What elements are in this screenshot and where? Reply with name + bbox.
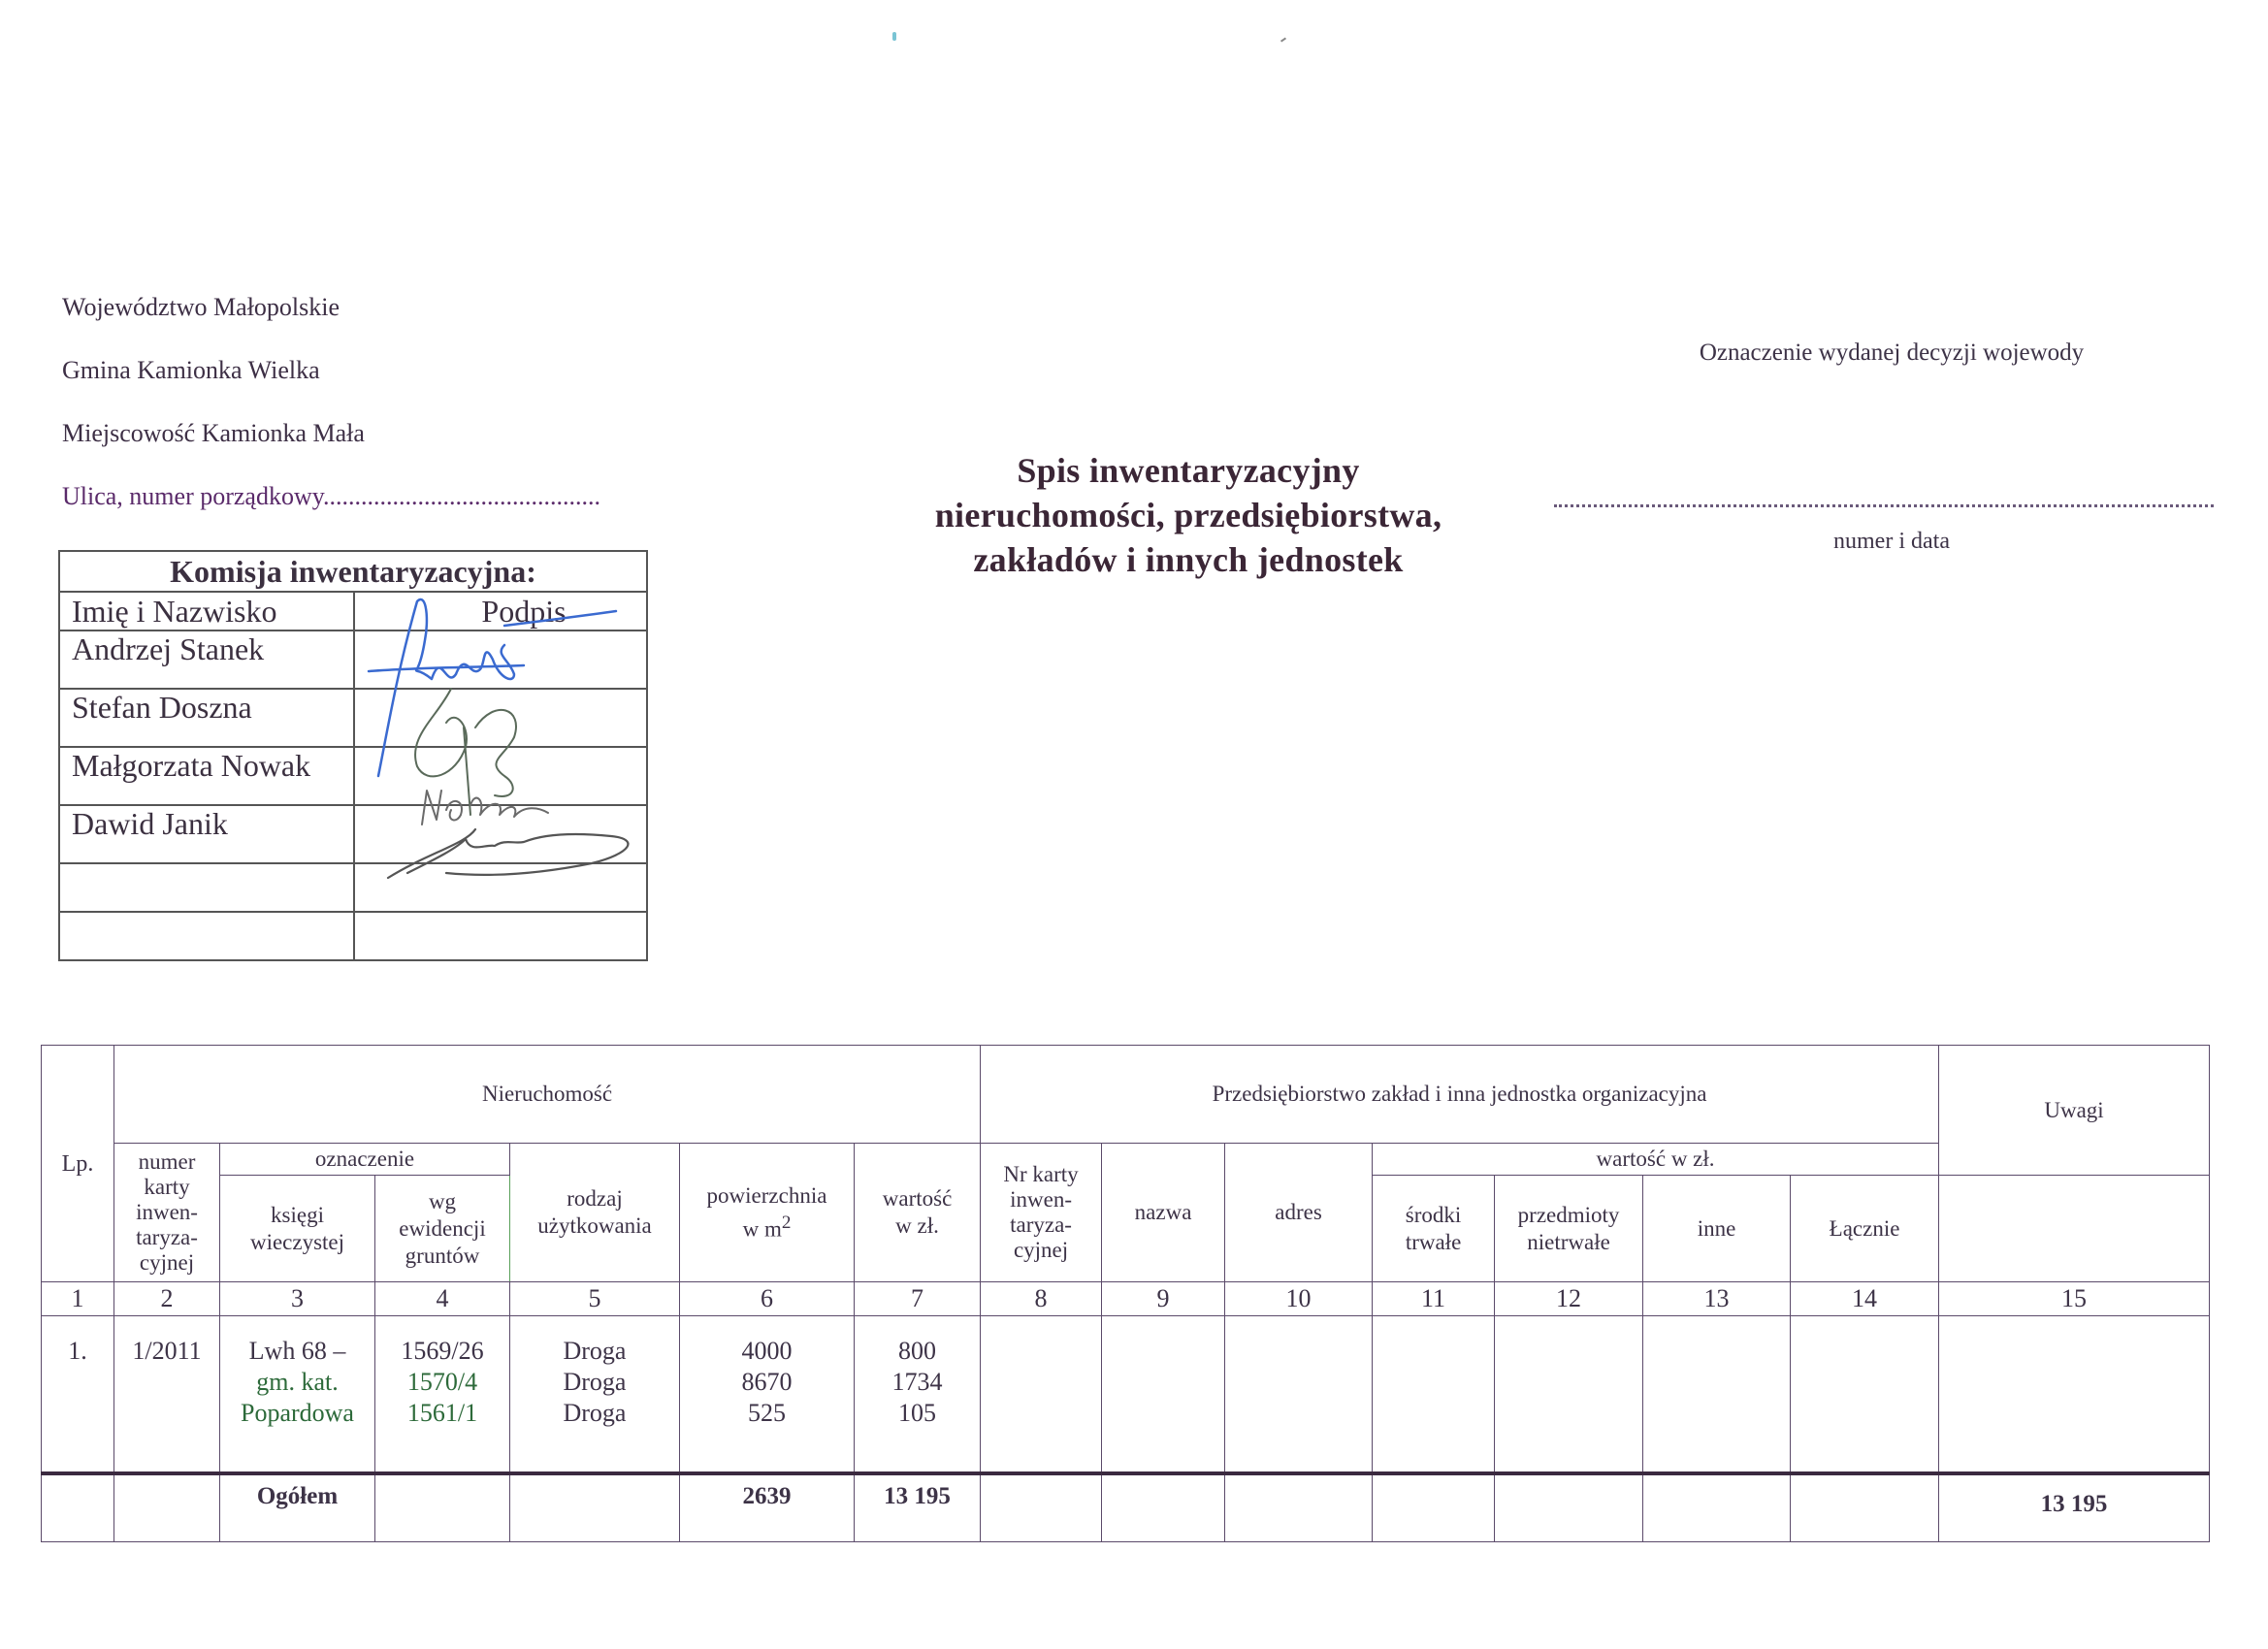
header-powierzchnia: powierzchnia w m2 [680, 1144, 855, 1282]
member-name: Małgorzata Nowak [59, 747, 354, 805]
cell-line: 1569/26 [375, 1336, 509, 1367]
header-text: taryza- [981, 1212, 1101, 1238]
gmina-label: Gmina Kamionka Wielka [62, 356, 320, 385]
document-title: Spis inwentaryzacyjny nieruchomości, prz… [854, 448, 1523, 582]
total-cell-empty [114, 1473, 220, 1542]
total-cell-empty [1225, 1473, 1373, 1542]
cell-line: 105 [855, 1398, 980, 1429]
header-text: karty [114, 1175, 219, 1200]
header-lp: Lp. [42, 1046, 114, 1282]
header-text: wartość [855, 1185, 980, 1212]
signature-janik-icon [388, 829, 628, 878]
header-nr-karty-przeds: Nr karty inwen- taryza- cyjnej [981, 1144, 1102, 1282]
header-text: taryza- [114, 1225, 219, 1250]
member-name [59, 863, 354, 912]
title-line-1: Spis inwentaryzacyjny [854, 448, 1523, 493]
column-number: 7 [855, 1282, 981, 1316]
decision-caption: numer i data [1649, 529, 2134, 555]
cell-powierzchnia: 4000 8670 525 [680, 1316, 855, 1474]
cell-adres [1225, 1316, 1373, 1474]
header-text: inwen- [114, 1200, 219, 1225]
header-text: w m2 [680, 1210, 854, 1244]
cell-ewidencja: 1569/26 1570/4 1561/1 [375, 1316, 510, 1474]
cell-line: 4000 [680, 1336, 854, 1367]
cell-line: 1734 [855, 1367, 980, 1398]
header-text: księgi [220, 1202, 374, 1229]
header-text: wieczystej [220, 1229, 374, 1256]
total-cell-empty [1495, 1473, 1643, 1542]
decision-dotted-line [1554, 504, 2214, 507]
table-row: 1. 1/2011 Lwh 68 – gm. kat. Popardowa 15… [42, 1316, 2210, 1474]
column-number: 1 [42, 1282, 114, 1316]
column-number-row: 1 2 3 4 5 6 7 8 9 10 11 12 13 14 15 [42, 1282, 2210, 1316]
header-text: Nr karty [981, 1162, 1101, 1187]
header-unit-sup: 2 [782, 1212, 792, 1233]
cell-line: 800 [855, 1336, 980, 1367]
column-number: 15 [1939, 1282, 2210, 1316]
header-text: rodzaj [510, 1185, 679, 1212]
column-number: 10 [1225, 1282, 1373, 1316]
header-adres: adres [1225, 1144, 1373, 1282]
header-ewidencja: wg ewidencji gruntów [375, 1176, 510, 1282]
signature-stanek-icon [369, 599, 616, 776]
cell-line: gm. kat. [220, 1367, 374, 1398]
header-oznaczenie: oznaczenie [220, 1144, 510, 1176]
header-uwagi-blank [1939, 1176, 2210, 1282]
column-number: 5 [510, 1282, 680, 1316]
header-wartosc: wartość w zł. [855, 1144, 981, 1282]
column-number: 13 [1643, 1282, 1791, 1316]
cell-srodki-trwale [1373, 1316, 1495, 1474]
header-text: ewidencji [375, 1215, 509, 1243]
scan-mark-icon [892, 32, 896, 41]
header-unit: w m [743, 1216, 782, 1241]
total-uwagi: 13 195 [1939, 1473, 2210, 1542]
cell-line: Droga [510, 1398, 679, 1429]
total-cell-empty [981, 1473, 1102, 1542]
member-name [59, 912, 354, 960]
column-number: 14 [1791, 1282, 1939, 1316]
cell-lp: 1. [42, 1316, 114, 1474]
member-name: Stefan Doszna [59, 689, 354, 747]
header-text: cyjnej [114, 1250, 219, 1276]
inventory-table: Lp. Nieruchomość Przedsiębiorstwo zakład… [41, 1045, 2210, 1542]
column-number: 4 [375, 1282, 510, 1316]
cell-line: Droga [510, 1336, 679, 1367]
header-text: przedmioty [1495, 1202, 1642, 1229]
total-cell-empty [1373, 1473, 1495, 1542]
header-numer-karty: numer karty inwen- taryza- cyjnej [114, 1144, 220, 1282]
header-text: inwen- [981, 1187, 1101, 1212]
scan-mark-icon [1280, 37, 1286, 42]
cell-uwagi [1939, 1316, 2210, 1474]
cell-nr-karty-przeds [981, 1316, 1102, 1474]
total-cell-empty [1643, 1473, 1791, 1542]
header-text: gruntów [375, 1243, 509, 1270]
header-nieruchomosc: Nieruchomość [114, 1046, 981, 1144]
cell-przedmioty-nietrwale [1495, 1316, 1643, 1474]
header-text: wg [375, 1188, 509, 1215]
cell-nazwa [1102, 1316, 1225, 1474]
column-number: 3 [220, 1282, 375, 1316]
header-text: środki [1373, 1202, 1494, 1229]
header-wartosc-w-zl: wartość w zł. [1373, 1144, 1939, 1176]
title-line-3: zakładów i innych jednostek [854, 537, 1523, 582]
column-number: 8 [981, 1282, 1102, 1316]
handwritten-signatures [349, 582, 660, 883]
header-text: trwałe [1373, 1229, 1494, 1256]
header-lacznie: Łącznie [1791, 1176, 1939, 1282]
header-text: cyjnej [981, 1238, 1101, 1263]
header-ksiegi: księgi wieczystej [220, 1176, 375, 1282]
column-number: 12 [1495, 1282, 1643, 1316]
cell-lacznie [1791, 1316, 1939, 1474]
header-text: użytkowania [510, 1212, 679, 1240]
column-number: 6 [680, 1282, 855, 1316]
commission-col-name: Imię i Nazwisko [59, 592, 354, 630]
cell-line: 8670 [680, 1367, 854, 1398]
signature-cell [354, 912, 647, 960]
total-wartosc: 13 195 [855, 1473, 981, 1542]
cell-line: Popardowa [220, 1398, 374, 1429]
member-name: Dawid Janik [59, 805, 354, 863]
header-srodki-trwale: środki trwałe [1373, 1176, 1495, 1282]
header-rodzaj: rodzaj użytkowania [510, 1144, 680, 1282]
cell-line: 525 [680, 1398, 854, 1429]
total-row: Ogółem 2639 13 195 13 195 [42, 1473, 2210, 1542]
header-nazwa: nazwa [1102, 1144, 1225, 1282]
total-cell-empty [1791, 1473, 1939, 1542]
wojewodztwo-label: Województwo Małopolskie [62, 293, 340, 322]
cell-rodzaj: Droga Droga Droga [510, 1316, 680, 1474]
signature-nowak-icon [422, 791, 548, 824]
cell-ksiega-wieczysta: Lwh 68 – gm. kat. Popardowa [220, 1316, 375, 1474]
decision-label: Oznaczenie wydanej decyzji wojewody [1649, 339, 2134, 367]
header-text: nietrwałe [1495, 1229, 1642, 1256]
cell-line: Droga [510, 1367, 679, 1398]
title-line-2: nieruchomości, przedsiębiorstwa, [854, 493, 1523, 537]
total-cell-empty [42, 1473, 114, 1542]
cell-line: Lwh 68 – [220, 1336, 374, 1367]
header-text: w zł. [855, 1212, 980, 1240]
total-powierzchnia: 2639 [680, 1473, 855, 1542]
column-number: 2 [114, 1282, 220, 1316]
miejscowosc-label: Miejscowość Kamionka Mała [62, 419, 365, 448]
total-label: Ogółem [220, 1473, 375, 1542]
header-przedsiebiorstwo: Przedsiębiorstwo zakład i inna jednostka… [981, 1046, 1939, 1144]
commission-empty-row [59, 912, 647, 960]
cell-nr-karty: 1/2011 [114, 1316, 220, 1474]
cell-wartosc: 800 1734 105 [855, 1316, 981, 1474]
header-inne: inne [1643, 1176, 1791, 1282]
ulica-field: Ulica, numer porządkowy.................… [62, 482, 600, 511]
total-cell-empty [510, 1473, 680, 1542]
member-name: Andrzej Stanek [59, 630, 354, 689]
column-number: 9 [1102, 1282, 1225, 1316]
header-uwagi: Uwagi [1939, 1046, 2210, 1176]
cell-inne [1643, 1316, 1791, 1474]
header-text: powierzchnia [680, 1182, 854, 1210]
signature-doszna-icon [415, 689, 516, 815]
cell-line: 1570/4 [375, 1367, 509, 1398]
total-cell-empty [1102, 1473, 1225, 1542]
total-cell-empty [375, 1473, 510, 1542]
header-text: numer [114, 1149, 219, 1175]
cell-line: 1561/1 [375, 1398, 509, 1429]
header-przedmioty-nietrwale: przedmioty nietrwałe [1495, 1176, 1643, 1282]
column-number: 11 [1373, 1282, 1495, 1316]
